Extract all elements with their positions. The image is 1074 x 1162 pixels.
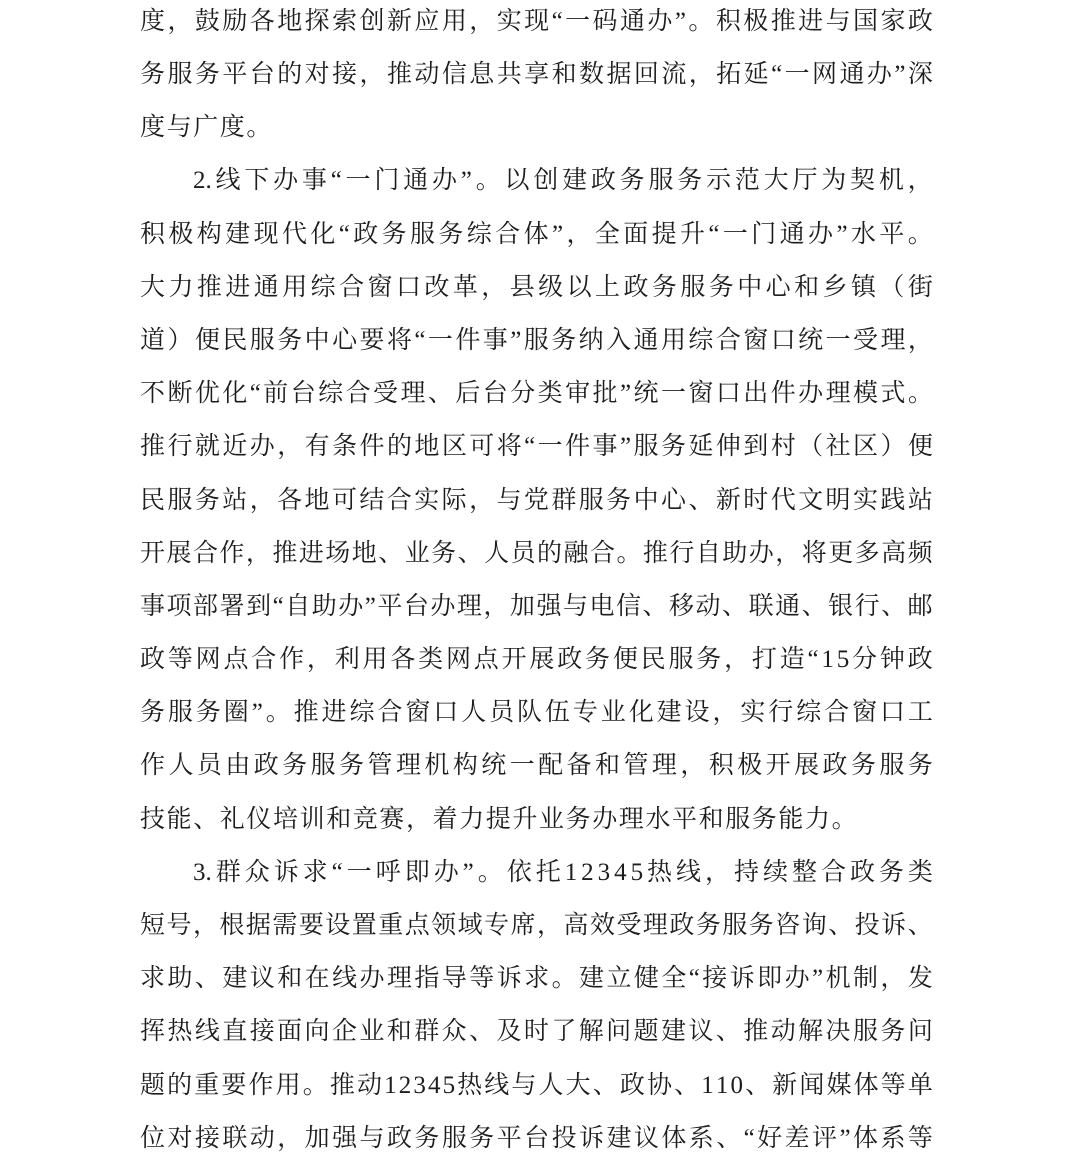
text-glyph: 投 (552, 1125, 577, 1153)
document-body: 度，鼓励各地探索创新应用，实现“一码通办”。积极推进与国家政务服务平台的对接，推… (140, 0, 933, 1162)
text-glyph: 门 (751, 221, 776, 249)
text-glyph: 、 (195, 965, 220, 993)
text-glyph: 类 (538, 380, 563, 408)
text-glyph: 心 (332, 327, 357, 355)
text-glyph: 设 (685, 699, 710, 727)
text-glyph: 以 (504, 167, 529, 195)
text-glyph: 口 (716, 380, 741, 408)
text-line: 题的重要作用。推动12345热线与人大、政协、110、新闻媒体等单 (140, 1059, 933, 1112)
text-glyph: 政 (850, 859, 875, 887)
text-glyph: 持 (734, 859, 759, 887)
text-glyph: 后 (455, 380, 480, 408)
text-glyph: 平 (879, 221, 904, 249)
text-glyph: “ (524, 433, 535, 461)
text-glyph: 问 (908, 1018, 933, 1046)
text-glyph: 解 (579, 1018, 604, 1046)
text-glyph: 托 (536, 859, 561, 887)
text-glyph: 业 (601, 699, 626, 727)
text-glyph: 明 (826, 487, 851, 515)
text-glyph: 根 (219, 912, 244, 940)
text-glyph: 模 (853, 380, 878, 408)
text-glyph: 探 (305, 8, 330, 36)
text-glyph: 政 (669, 912, 694, 940)
text-glyph: 地 (352, 540, 377, 568)
text-glyph: 务 (277, 327, 302, 355)
text-glyph: （ (879, 274, 904, 302)
text-glyph: 政 (387, 1125, 412, 1153)
text-glyph: 延 (744, 61, 769, 89)
text-glyph: 厅 (792, 167, 817, 195)
text-glyph: 高 (881, 540, 906, 568)
text-glyph: 化 (222, 380, 247, 408)
text-glyph: 动 (357, 1072, 382, 1100)
text-glyph: 各 (250, 8, 275, 36)
text-line: 道）便民服务中心要将“一件事”服务纳入通用综合窗口统一受理， (140, 314, 933, 367)
text-glyph: 点 (405, 912, 430, 940)
text-glyph: 。 (908, 380, 933, 408)
text-glyph: 合 (590, 540, 615, 568)
text-glyph: ” (839, 1125, 850, 1153)
text-glyph: 中 (737, 274, 762, 302)
text-glyph: 服 (311, 752, 336, 780)
text-glyph: 全 (661, 965, 686, 993)
text-glyph: 务 (908, 752, 933, 780)
text-glyph: 与 (496, 487, 521, 515)
text-line: 务服务圈”。推进综合窗口人员队伍专业化建设，实行综合窗口工 (140, 686, 933, 739)
text-glyph: 近 (222, 433, 247, 461)
text-glyph: 民 (140, 487, 165, 515)
text-glyph: 对 (167, 1125, 192, 1153)
text-glyph: 群 (551, 487, 576, 515)
text-glyph: 区 (442, 433, 467, 461)
text-glyph: 和 (595, 752, 620, 780)
text-glyph: 联 (222, 1125, 247, 1153)
text-glyph: ， (307, 646, 332, 674)
text-glyph: 接 (250, 1018, 275, 1046)
text-glyph: 、 (881, 593, 906, 621)
text-glyph: 将 (497, 433, 522, 461)
text-glyph: 的 (387, 433, 412, 461)
text-glyph: 化 (629, 699, 654, 727)
text-glyph: 询 (802, 912, 827, 940)
text-glyph: 和 (552, 61, 577, 89)
text-glyph: 升 (680, 221, 705, 249)
text-glyph: 。 (552, 965, 577, 993)
text-glyph: 与 (511, 1072, 536, 1100)
text-glyph: 政 (620, 1072, 645, 1100)
text-glyph: 信 (442, 61, 467, 89)
text-glyph: 服 (167, 487, 192, 515)
text-glyph: 服 (410, 221, 435, 249)
text-glyph: 理 (880, 327, 905, 355)
text-glyph: 线 (332, 965, 357, 993)
text-glyph: 共 (497, 61, 522, 89)
text-glyph: 现 (524, 8, 549, 36)
text-glyph: “ (552, 8, 563, 36)
text-glyph: 进 (322, 699, 347, 727)
text-glyph: 平 (377, 593, 402, 621)
text-glyph: 。 (908, 221, 933, 249)
text-glyph: 件 (771, 380, 796, 408)
text-glyph: 由 (225, 752, 250, 780)
text-glyph: 务 (585, 646, 610, 674)
text-glyph: 务 (606, 487, 631, 515)
paragraph-item-3: 3.群众诉求“一呼即办”。依托12345热线，持续整合政务类短号，根据需要设置重… (140, 846, 933, 1162)
text-glyph: 服 (668, 646, 693, 674)
text-glyph: 窗 (368, 274, 393, 302)
text-glyph: 众 (442, 1018, 467, 1046)
text-glyph: 加 (510, 593, 535, 621)
text-glyph: 通 (620, 8, 645, 36)
text-glyph: 群 (216, 859, 241, 887)
text-glyph: 便 (613, 646, 638, 674)
text-glyph: 、 (593, 1072, 618, 1100)
text-glyph: 实 (853, 487, 878, 515)
text-glyph: 理 (826, 380, 851, 408)
text-glyph: 事 (140, 593, 165, 621)
text-glyph: 乡 (823, 274, 848, 302)
text-glyph: 优 (195, 380, 220, 408)
text-glyph: （ (798, 433, 823, 461)
text-glyph: 以 (567, 274, 592, 302)
text-glyph: 建 (562, 167, 587, 195)
text-glyph: 一 (346, 167, 371, 195)
text-glyph: 推 (294, 699, 319, 727)
text-glyph: 条 (332, 433, 357, 461)
text-glyph: 的 (537, 540, 562, 568)
text-glyph: 办 (434, 859, 459, 887)
text-glyph: 求 (140, 965, 165, 993)
text-glyph: 办 (798, 380, 823, 408)
text-glyph: 代 (282, 221, 307, 249)
text-glyph: 融 (564, 540, 589, 568)
text-glyph: 新 (716, 487, 741, 515)
text-glyph: 。 (688, 8, 713, 36)
text-glyph: 。 (616, 540, 641, 568)
text-glyph: 议 (688, 1018, 713, 1046)
text-glyph: 心 (766, 274, 791, 302)
text-glyph: 整 (792, 859, 817, 887)
text-glyph: 门 (374, 167, 399, 195)
text-glyph: 务 (749, 912, 774, 940)
text-glyph: 提 (652, 221, 677, 249)
text-glyph: 人 (168, 752, 193, 780)
text-glyph: ， (277, 433, 302, 461)
text-glyph: 等 (469, 965, 494, 993)
text-glyph: 强 (536, 593, 561, 621)
text-glyph: 在 (305, 965, 330, 993)
text-glyph: 据 (606, 61, 631, 89)
text-glyph: 理 (400, 380, 425, 408)
text-glyph: 、 (716, 1125, 741, 1153)
text-glyph: “ (414, 327, 425, 355)
text-glyph: 通 (780, 221, 805, 249)
text-glyph: 更 (828, 540, 853, 568)
text-glyph: 的 (167, 1072, 192, 1100)
text-glyph: 管 (368, 752, 393, 780)
text-glyph: ， (689, 61, 714, 89)
text-glyph: 机 (879, 167, 904, 195)
text-glyph: 服 (879, 752, 904, 780)
text-glyph: 重 (194, 1072, 219, 1100)
text-glyph: 建 (579, 965, 604, 993)
text-glyph: 行 (855, 593, 880, 621)
text-glyph: 结 (359, 487, 384, 515)
text-glyph: ” (510, 327, 521, 355)
text-glyph: ， (908, 167, 933, 195)
text-glyph: 务 (677, 167, 702, 195)
text-glyph: 与 (826, 8, 851, 36)
text-glyph: 契 (850, 167, 875, 195)
text-glyph: 受 (373, 380, 398, 408)
text-glyph: 动 (771, 1018, 796, 1046)
text-line: 开展合作，推进场地、业务、人员的融合。推行自助办，将更多高频 (140, 527, 933, 580)
text-line: 技能、礼仪培训和竞赛，着力提升业务办理水平和服务能力。 (140, 793, 933, 846)
text-glyph: 议 (634, 1125, 659, 1153)
text-glyph: ， (775, 540, 800, 568)
text-glyph: 各 (390, 646, 415, 674)
text-glyph: 件 (565, 433, 590, 461)
text-glyph: 办 (250, 433, 275, 461)
text-glyph: 诉 (579, 1125, 604, 1153)
text-glyph: 入 (606, 327, 631, 355)
text-glyph: 出 (743, 380, 768, 408)
text-glyph: 人 (461, 699, 486, 727)
text-glyph: 代 (771, 487, 796, 515)
text-glyph: 诉 (497, 965, 522, 993)
text-glyph: 极 (743, 8, 768, 36)
text-glyph: 将 (802, 540, 827, 568)
text-glyph: 站 (222, 487, 247, 515)
text-glyph: 、 (688, 487, 713, 515)
text-glyph: 4 (428, 1072, 441, 1100)
text-glyph: 政 (254, 752, 279, 780)
text-glyph: 、 (802, 593, 827, 621)
text-glyph: 上 (595, 274, 620, 302)
text-glyph: 创 (360, 8, 385, 36)
text-glyph: 务 (431, 540, 456, 568)
text-glyph: 热 (647, 859, 672, 887)
text-glyph: 面 (277, 1018, 302, 1046)
text-glyph: 分 (852, 646, 877, 674)
text-glyph: 机 (424, 752, 449, 780)
text-glyph: 1 (384, 1072, 397, 1100)
text-glyph: 务 (195, 61, 220, 89)
text-glyph: 解 (798, 1018, 823, 1046)
text-glyph: 中 (305, 327, 330, 355)
text-glyph: 通 (839, 61, 864, 89)
text-glyph: 审 (565, 380, 590, 408)
text-glyph: 进 (798, 8, 823, 36)
text-glyph: 开 (140, 540, 165, 568)
text-glyph: ” (675, 8, 686, 36)
text-glyph: 理 (652, 752, 677, 780)
text-glyph: 现 (254, 221, 279, 249)
text-glyph: 时 (524, 1018, 549, 1046)
text-glyph: 政 (908, 8, 933, 36)
text-line: 挥热线直接面向企业和群众、及时了解问题建议、推动解决服务问 (140, 1006, 933, 1059)
text-glyph: 的 (277, 61, 302, 89)
text-glyph: 窗 (688, 380, 713, 408)
text-glyph: 统 (634, 380, 659, 408)
text-glyph: 邮 (908, 593, 933, 621)
text-glyph: 和 (794, 274, 819, 302)
text-glyph: 网 (196, 646, 221, 674)
text-glyph: 下 (244, 167, 269, 195)
text-glyph: 问 (606, 1018, 631, 1046)
text-glyph: 实 (414, 487, 439, 515)
text-glyph: 专 (573, 699, 598, 727)
text-glyph: 中 (634, 487, 659, 515)
text-glyph: 置 (352, 912, 377, 940)
text-glyph: 台 (291, 380, 316, 408)
text-glyph: 员 (489, 699, 514, 727)
text-glyph: ， (908, 327, 933, 355)
text-glyph: 新 (387, 8, 412, 36)
text-glyph: 建 (222, 965, 247, 993)
text-glyph: 村 (771, 433, 796, 461)
text-glyph: 系 (689, 1125, 714, 1153)
text-glyph: 街 (908, 274, 933, 302)
text-glyph: 前 (263, 380, 288, 408)
text-glyph: 、 (674, 1072, 699, 1100)
text-glyph: 文 (798, 487, 823, 515)
text-glyph: 3 (413, 1072, 426, 1100)
text-glyph: 合 (821, 859, 846, 887)
text-glyph: ， (712, 699, 737, 727)
text-glyph: 体 (854, 1072, 879, 1100)
text-glyph: 综 (311, 274, 336, 302)
text-glyph: “ (689, 965, 700, 993)
text-glyph: 机 (826, 965, 851, 993)
text-glyph: ” (812, 965, 823, 993)
text-glyph: 服 (250, 327, 275, 355)
text-glyph: 、 (908, 912, 933, 940)
text-glyph: 务 (709, 274, 734, 302)
text-glyph: 要 (221, 1072, 246, 1100)
text-glyph: 企 (332, 1018, 357, 1046)
text-glyph: 展 (529, 646, 554, 674)
text-glyph: 线 (676, 859, 701, 887)
text-glyph: 纳 (579, 327, 604, 355)
text-glyph: 道 (140, 327, 165, 355)
text-glyph: 向 (305, 1018, 330, 1046)
text-glyph: 网 (446, 646, 471, 674)
text-glyph: ” (620, 433, 631, 461)
text-glyph: 动 (414, 61, 439, 89)
text-glyph: 进 (225, 274, 250, 302)
text-glyph: ， (724, 646, 749, 674)
text-glyph: 党 (524, 487, 549, 515)
text-glyph: 建 (657, 699, 682, 727)
text-glyph: 议 (250, 965, 275, 993)
text-glyph: 流 (661, 61, 686, 89)
text-glyph: 展 (166, 540, 191, 568)
text-glyph: 受 (616, 912, 641, 940)
text-glyph: 等 (168, 646, 193, 674)
text-glyph: 民 (641, 646, 666, 674)
text-glyph: 2 (399, 1072, 412, 1100)
text-glyph: 一 (826, 327, 851, 355)
text-glyph: 革 (453, 274, 478, 302)
text-glyph: 备 (567, 752, 592, 780)
text-glyph: 、 (722, 593, 747, 621)
text-glyph: 可 (469, 433, 494, 461)
text-glyph: 信 (616, 593, 641, 621)
text-glyph: 办 (432, 167, 457, 195)
text-glyph: 务 (469, 1125, 494, 1153)
text-glyph: 服 (648, 167, 673, 195)
text-glyph: 、 (828, 912, 853, 940)
text-glyph: 合 (387, 487, 412, 515)
text-glyph: 受 (853, 327, 878, 355)
text-line: 度，鼓励各地探索创新应用，实现“一码通办”。积极推进与国家政 (140, 0, 933, 48)
text-glyph: 到 (743, 433, 768, 461)
text-glyph: 、 (643, 593, 668, 621)
text-glyph: 指 (414, 965, 439, 993)
text-glyph: 呼 (376, 859, 401, 887)
text-glyph: 推 (743, 1018, 768, 1046)
text-glyph: 大 (764, 167, 789, 195)
text-glyph: 办 (749, 540, 774, 568)
text-glyph: 息 (469, 61, 494, 89)
text-glyph: 协 (647, 1072, 672, 1100)
text-glyph: 一 (510, 752, 535, 780)
text-glyph: 窗 (405, 699, 430, 727)
text-glyph: 体 (524, 221, 549, 249)
text-line: 务服务平台的对接，推动信息共享和数据回流，拓延“一网通办”深 (140, 48, 933, 101)
text-glyph: 拓 (716, 61, 741, 89)
text-glyph: “ (250, 380, 261, 408)
text-glyph: 数 (579, 61, 604, 89)
text-glyph: ） (167, 327, 192, 355)
text-glyph: 就 (195, 433, 220, 461)
text-line: 民服务站，各地可结合实际，与党群服务中心、新时代文明实践站 (140, 474, 933, 527)
text-glyph: ， (246, 540, 271, 568)
text-glyph: 求 (524, 965, 549, 993)
text-glyph: ” (365, 593, 376, 621)
text-glyph: 便 (195, 327, 220, 355)
text-glyph: 理 (643, 912, 668, 940)
text-glyph: 系 (880, 1125, 905, 1153)
text-glyph: 事 (483, 327, 508, 355)
text-glyph: 面 (623, 221, 648, 249)
text-line: 政等网点合作，利用各类网点开展政务便民服务，打造“15分钟政 (140, 633, 933, 686)
text-glyph: 政 (823, 752, 848, 780)
text-glyph: 进 (299, 540, 324, 568)
text-glyph: 服 (853, 1018, 878, 1046)
text-glyph: 分 (510, 380, 535, 408)
text-glyph: 服 (442, 1125, 467, 1153)
text-glyph: 合 (346, 380, 371, 408)
text-glyph: 即 (757, 965, 782, 993)
text-glyph: 办 (785, 965, 810, 993)
text-glyph: 服 (524, 327, 549, 355)
text-glyph: 诉 (274, 859, 299, 887)
text-glyph: 将 (387, 327, 412, 355)
text-glyph: 推 (643, 540, 668, 568)
text-glyph: “ (273, 593, 284, 621)
text-glyph: 好 (757, 1125, 782, 1153)
text-glyph: 一 (661, 380, 686, 408)
text-glyph: 媒 (827, 1072, 852, 1100)
text-glyph: 助 (167, 965, 192, 993)
text-glyph: 站 (908, 487, 933, 515)
text-glyph: 等 (881, 1072, 906, 1100)
text-line: 2.线下办事“一门通办”。以创建政务服务示范大厅为契机， (140, 155, 933, 208)
text-glyph: 一 (347, 859, 372, 887)
text-glyph: 位 (140, 1125, 165, 1153)
